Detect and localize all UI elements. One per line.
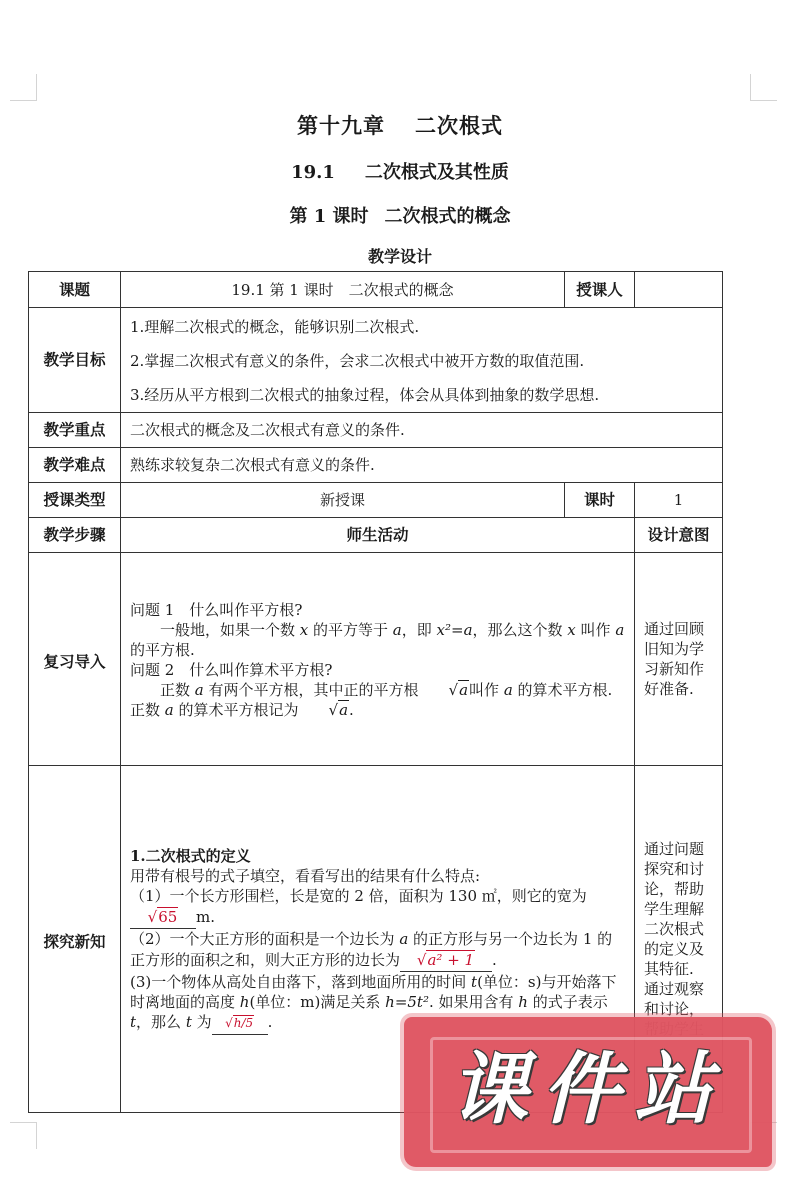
intent-header: 设计意图 <box>635 518 723 553</box>
key-value: 二次根式的概念及二次根式有意义的条件. <box>121 413 723 448</box>
explore-intro: 用带有根号的式子填空，看看写出的结果有什么特点: <box>130 866 625 886</box>
lesson-title: 第 1 课时二次根式的概念 <box>0 202 800 228</box>
table-row-key-points: 教学重点 二次根式的概念及二次根式有意义的条件. <box>29 413 723 448</box>
answer-blank-2[interactable]: √a² + 1 <box>400 949 492 972</box>
difficulty-value: 熟练求较复杂二次根式有意义的条件. <box>121 448 723 483</box>
lesson-plan-table: 课题 19.1 第 1 课时 二次根式的概念 授课人 教学目标 1.理解二次根式… <box>28 271 723 1113</box>
sqrt-a: √a <box>299 700 350 720</box>
page-corner-mark <box>750 74 777 101</box>
teacher-value[interactable] <box>635 272 723 308</box>
chapter-name: 二次根式 <box>415 113 503 138</box>
chapter-number: 第十九章 <box>297 113 385 138</box>
teacher-label: 授课人 <box>565 272 635 308</box>
goals-list: 1.理解二次根式的概念，能够识别二次根式. 2.掌握二次根式有意义的条件，会求二… <box>121 308 723 413</box>
watermark-stamp: 课件站 <box>404 1017 772 1167</box>
hours-label: 课时 <box>565 483 635 518</box>
watermark-text: 课件站 <box>404 1045 772 1135</box>
review-intent: 通过回顾旧知为学习新知作好准备. <box>635 553 723 766</box>
section-title: 19.1二次根式及其性质 <box>0 158 800 184</box>
steps-header: 教学步骤 <box>29 518 121 553</box>
review-activity: 问题 1 什么叫作平方根? 一般地，如果一个数 x 的平方等于 a，即 x²=a… <box>121 553 635 766</box>
goals-label: 教学目标 <box>29 308 121 413</box>
doc-type-title: 教学设计 <box>0 244 800 267</box>
review-question-1: 问题 1 什么叫作平方根? <box>130 600 625 620</box>
topic-value: 19.1 第 1 课时 二次根式的概念 <box>121 272 565 308</box>
table-row-header: 教学步骤 师生活动 设计意图 <box>29 518 723 553</box>
type-value: 新授课 <box>121 483 565 518</box>
type-label: 授课类型 <box>29 483 121 518</box>
review-question-2: 问题 2 什么叫作算术平方根? <box>130 660 625 680</box>
explore-item-2: （2）一个大正方形的面积是一个边长为 a 的正方形与另一个边长为 1 的正方形的… <box>130 929 625 972</box>
topic-label: 课题 <box>29 272 121 308</box>
review-answer-1: 一般地，如果一个数 x 的平方等于 a，即 x²=a，那么这个数 x 叫作 a … <box>130 620 625 660</box>
goal-item: 2.掌握二次根式有意义的条件，会求二次根式中被开方数的取值范围. <box>130 344 713 378</box>
answer-blank-1[interactable]: √65 <box>130 906 196 929</box>
lesson-name: 二次根式的概念 <box>385 206 511 227</box>
explore-item-1: （1）一个长方形围栏，长是宽的 2 倍，面积为 130 ㎡，则它的宽为√65m. <box>130 886 625 929</box>
table-row-review: 复习导入 问题 1 什么叫作平方根? 一般地，如果一个数 x 的平方等于 a，即… <box>29 553 723 766</box>
table-row-difficulty: 教学难点 熟练求较复杂二次根式有意义的条件. <box>29 448 723 483</box>
page-corner-mark <box>10 74 37 101</box>
page-corner-mark <box>10 1122 37 1149</box>
table-row-lesson-type: 授课类型 新授课 课时 1 <box>29 483 723 518</box>
lesson-number: 第 1 课时 <box>289 206 368 227</box>
table-row-topic: 课题 19.1 第 1 课时 二次根式的概念 授课人 <box>29 272 723 308</box>
explore-label: 探究新知 <box>29 766 121 1113</box>
goal-item: 3.经历从平方根到二次根式的抽象过程，体会从具体到抽象的数学思想. <box>130 378 713 412</box>
review-answer-2: 正数 a 有两个平方根，其中正的平方根√a叫作 a 的算术平方根. 正数 a 的… <box>130 680 625 720</box>
activity-header: 师生活动 <box>121 518 635 553</box>
review-label: 复习导入 <box>29 553 121 766</box>
table-row-goals: 教学目标 1.理解二次根式的概念，能够识别二次根式. 2.掌握二次根式有意义的条… <box>29 308 723 413</box>
section-number: 19.1 <box>291 162 335 183</box>
difficulty-label: 教学难点 <box>29 448 121 483</box>
sqrt-a: √a <box>419 680 470 700</box>
answer-blank-3[interactable]: √h/5 <box>212 1012 268 1035</box>
chapter-title: 第十九章二次根式 <box>0 110 800 140</box>
section-name: 二次根式及其性质 <box>365 162 509 183</box>
goal-item: 1.理解二次根式的概念，能够识别二次根式. <box>130 310 713 344</box>
hours-value: 1 <box>635 483 723 518</box>
explore-heading: 1.二次根式的定义 <box>130 846 625 866</box>
key-label: 教学重点 <box>29 413 121 448</box>
